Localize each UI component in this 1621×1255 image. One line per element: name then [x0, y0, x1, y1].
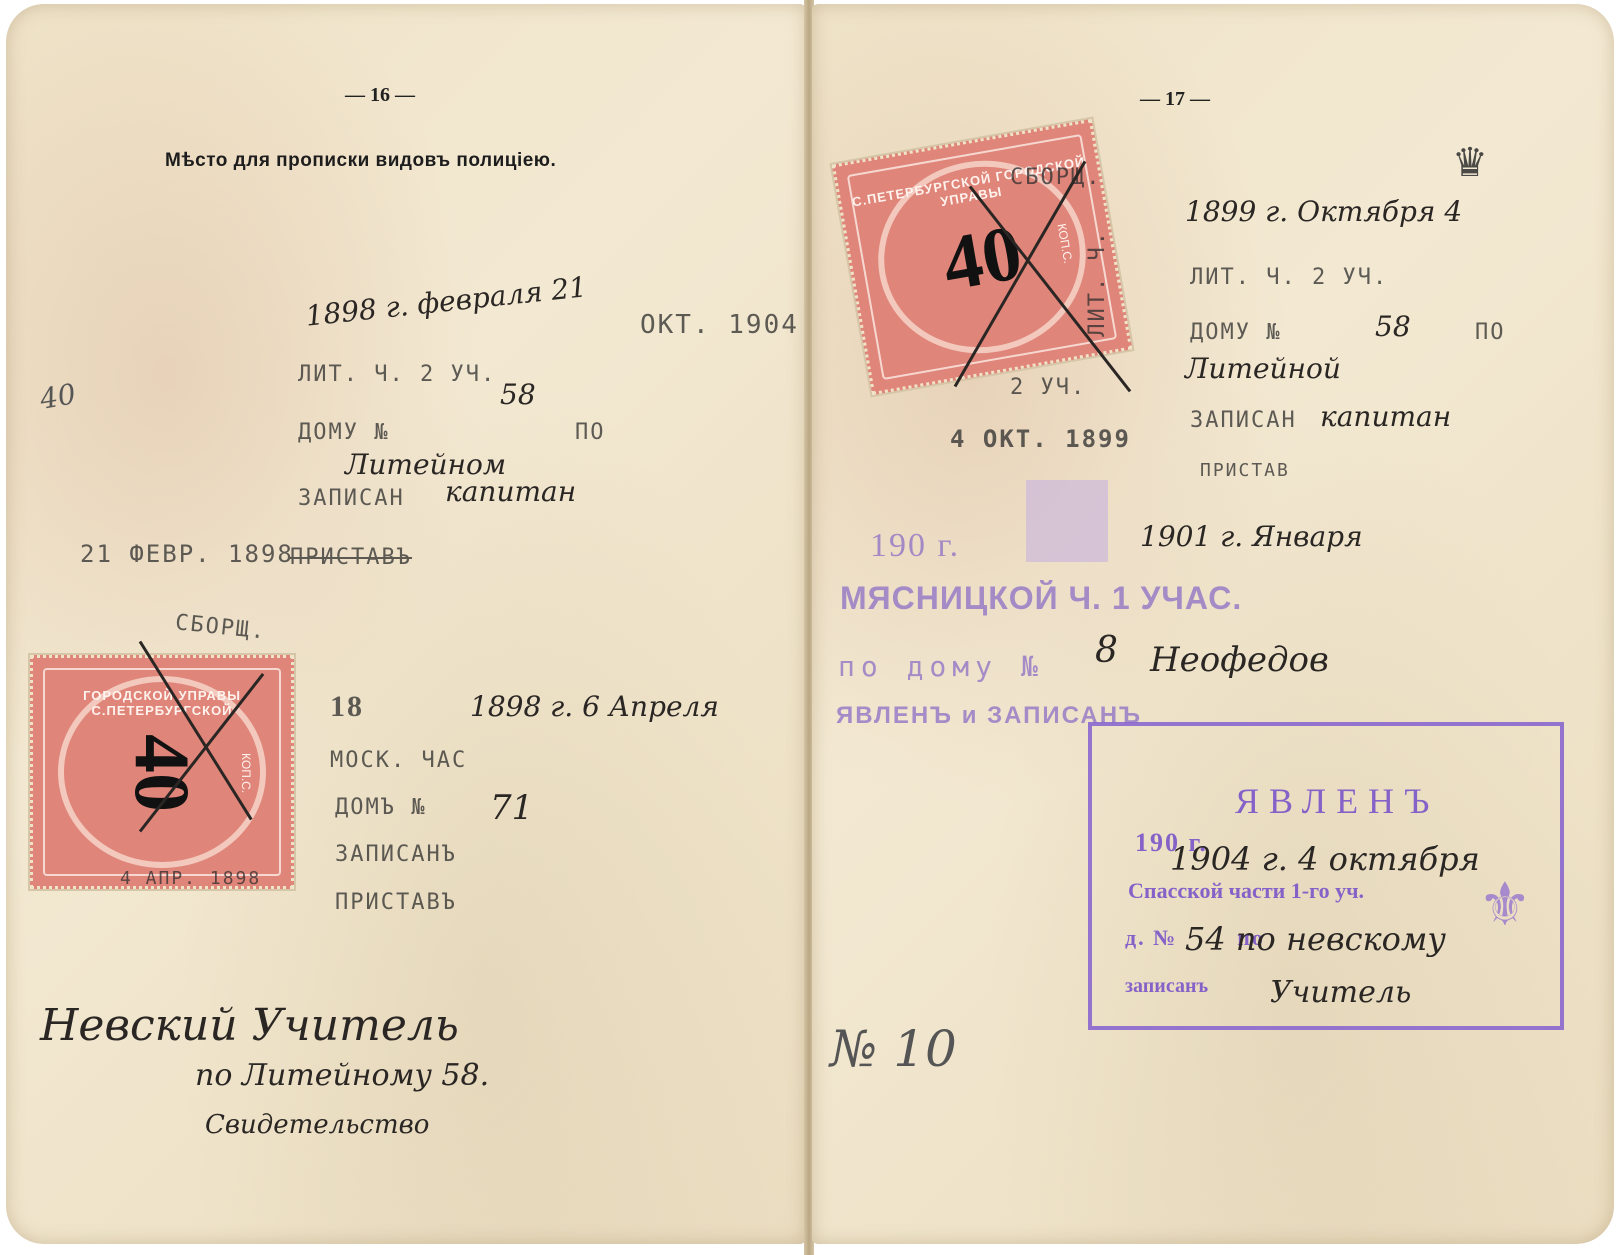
police-stamp-zapisan: ЗАПИСАН: [298, 486, 405, 511]
police-stamp-zapisan-right: ЗАПИСАН: [1190, 408, 1297, 433]
date-stamp-feb-1898: 21 ФЕВР. 1898: [80, 540, 294, 568]
pencil-note-n10: № 10: [830, 1020, 957, 1078]
crown-emblem-icon: ♛: [1452, 140, 1488, 186]
police-stamp-mosk: МОСК. ЧАС: [330, 748, 467, 773]
passport-spread: — 16 — Мѣсто для прописки видовъ полицiе…: [0, 0, 1621, 1255]
page-number-16: — 16 —: [345, 84, 415, 107]
stamp-sborshch-right: СБОРЩ.: [1010, 165, 1101, 190]
violet-stamp-po-domu: по дому №: [838, 650, 1044, 683]
handwritten-kapitan: капитан: [445, 475, 576, 508]
date-stamp-apr-1898: 4 АПР. 1898: [120, 868, 261, 889]
police-stamp-2uch: 2 УЧ.: [1010, 375, 1086, 400]
police-stamp-lit-vertical: ЛИТ. Ч.: [1085, 230, 1110, 337]
handwritten-svidetelstvo: Свидетельство: [205, 1110, 429, 1140]
police-stamp-dom: ДОМЪ №: [335, 795, 426, 820]
handwritten-date-january: 1901 г. Января: [1140, 520, 1363, 553]
handwritten-po-liteinomu: по Литейному 58.: [195, 1058, 489, 1093]
date-stamp-oct-1904: ОКТ. 1904: [640, 310, 799, 340]
revenue-stamp-left: ГОРОДСКОЙ УПРАВЫ С.ПЕТЕРБУРГСКОЙ 40 КОП.…: [30, 655, 294, 889]
handwritten-liteinoi: Литейной: [1185, 352, 1341, 385]
handwritten-house-8: 8: [1095, 630, 1118, 671]
date-stamp-oct-1899: 4 ОКТ. 1899: [950, 425, 1131, 453]
violet-stamp-year: 190 г.: [870, 527, 960, 565]
police-stamp-domu-right: ДОМУ №: [1190, 320, 1281, 345]
handwritten-house-58-right: 58: [1375, 310, 1411, 343]
violet-stamp-zapisan: записанъ: [1125, 975, 1208, 998]
violet-coat-of-arms-icon: ⚜: [1478, 870, 1532, 940]
handwritten-house-58: 58: [500, 378, 536, 411]
police-stamp-zapisan-2: ЗАПИСАНЪ: [335, 842, 457, 867]
page-heading: Мѣсто для прописки видовъ полицiею.: [165, 150, 556, 172]
handwritten-surname: Неофедов: [1150, 640, 1329, 680]
handwritten-date-1899-oct: 1899 г. Октября 4: [1185, 195, 1462, 228]
handwritten-date-april: 1898 г. 6 Апреля: [470, 690, 719, 723]
police-stamp-pristav: ПРИСТАВЪ: [290, 545, 412, 570]
handwritten-nevsky-uchitel: Невский Учитель: [40, 1000, 459, 1051]
handwritten-kapitan-right: капитан: [1320, 400, 1451, 433]
handwritten-house-71: 71: [490, 788, 533, 828]
year-prefix-18: 18: [330, 690, 364, 724]
handwritten-nevskomu: 54 по невскому: [1185, 920, 1446, 958]
violet-stamp-myasnitskoi: МЯСНИЦКОЙ Ч. 1 УЧАС.: [840, 580, 1242, 617]
police-stamp-po-right: ПО: [1475, 320, 1506, 345]
police-stamp-po: ПО: [575, 420, 606, 445]
police-stamp-pristav-2: ПРИСТАВЪ: [335, 890, 457, 915]
violet-stamp-spasskoi: Спасской части 1-го уч.: [1128, 878, 1364, 904]
police-stamp-lit-2: ЛИТ. Ч. 2 УЧ.: [1190, 265, 1388, 290]
handwritten-date-october: 1904 г. 4 октября: [1170, 840, 1480, 878]
violet-stamp-yavlen: ЯВЛЕНЪ: [1235, 780, 1439, 822]
police-stamp-domu: ДОМУ №: [298, 420, 389, 445]
pencil-note-40: 40: [37, 377, 78, 416]
police-stamp-lit: ЛИТ. Ч. 2 УЧ.: [298, 362, 496, 387]
handwritten-uchitel-right: Учитель: [1270, 975, 1411, 1010]
police-stamp-pristav-right: ПРИСТАВ: [1200, 460, 1290, 481]
violet-emblem: [1026, 480, 1108, 562]
page-number-17: — 17 —: [1140, 88, 1210, 111]
